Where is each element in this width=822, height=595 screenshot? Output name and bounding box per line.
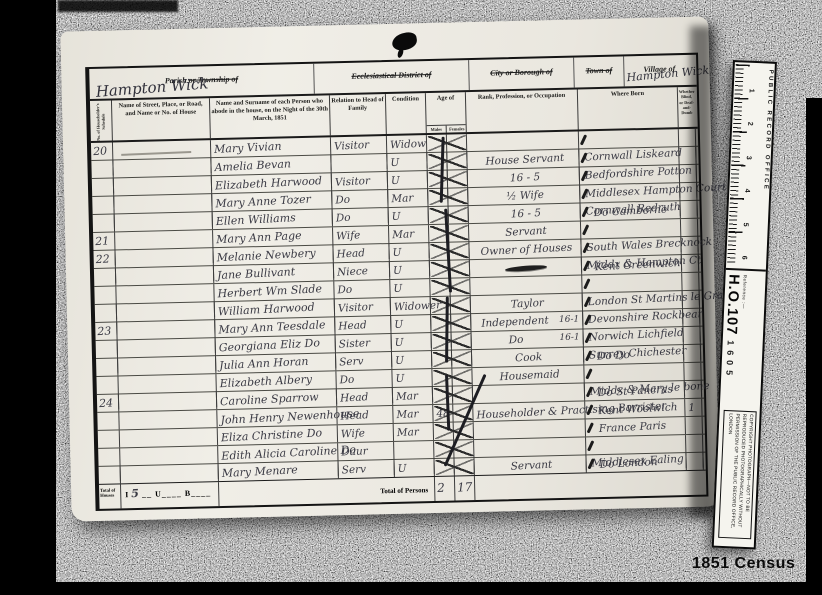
pen-tick-icon (583, 260, 590, 271)
age-cross-mark (429, 189, 467, 205)
occupation-cell (474, 419, 586, 439)
total-houses-values: I5__ U____ B____ (121, 482, 220, 508)
schedule-cell (97, 412, 119, 430)
pen-tick-icon (582, 206, 589, 217)
schedule-cell (98, 430, 120, 448)
name-cell: John Henry Newenhouse (217, 407, 337, 427)
age-cross-mark (433, 333, 471, 349)
copyright-notice: COPYRIGHT PHOTOGRAPH—NOT TO BE REPRODUCE… (718, 410, 757, 539)
parish-value-handwritten: Hampton Wick (95, 74, 209, 101)
condition-cell: Mar (393, 387, 433, 405)
address-cell (119, 410, 217, 429)
town-label: Town of (585, 66, 612, 76)
blind-cell (686, 417, 703, 434)
ruler-number: 2 (746, 122, 753, 126)
faint-address-scrawl (121, 151, 191, 155)
relation-cell: Serv (339, 460, 395, 478)
village-section: Village of Hampton Wick (624, 55, 695, 87)
census-table: Parish or Township of Hampton Wick Eccle… (85, 53, 708, 511)
header-blind: Whether Blind, or Deaf-and-Dumb (678, 87, 696, 127)
census-sheet: Parish or Township of Hampton Wick Eccle… (60, 16, 719, 521)
age-cross-mark (428, 135, 466, 151)
blind-cell (685, 381, 702, 398)
header-address: Name of Street, Place, or Road, and Name… (112, 98, 211, 140)
city-label: City or Borough of (490, 67, 553, 77)
header-condition: Condition (386, 93, 427, 134)
age-cross-mark (429, 171, 467, 187)
header-born: Where Born (578, 87, 679, 129)
name-cell: Ellen Williams (213, 209, 333, 229)
age-cross-mark (433, 369, 471, 385)
ruler-scale: PUBLIC RECORD OFFICE 123456 (726, 62, 775, 272)
age-cross-mark (430, 207, 468, 223)
total-females-cell: 17 (455, 476, 476, 500)
ruler-number: 5 (742, 222, 749, 226)
blind-cell: 1 (685, 399, 702, 416)
address-cell (118, 356, 216, 375)
relation-cell: Wife (338, 424, 394, 442)
header-schedule: No. of Householder's Schedule (90, 101, 113, 142)
occupation-cell: Cook (472, 347, 584, 367)
blind-cell (682, 255, 699, 272)
address-cell (120, 428, 218, 447)
blind-cell (686, 453, 703, 470)
pen-tick-icon (581, 170, 588, 181)
name-cell: Eliza Christine Do (218, 425, 338, 445)
header-age: Age of Males Females (426, 92, 467, 133)
entry-rows: 20Mary VivianVisitorWidowCornwall Liskea… (91, 129, 706, 484)
pen-tick-icon (580, 134, 587, 145)
relation-cell: Head (337, 388, 393, 406)
born-cell: Do St Pancras (585, 381, 685, 400)
pen-tick-icon (582, 242, 589, 253)
ruler-number: 6 (740, 256, 747, 260)
condition-cell: Mar (394, 423, 434, 441)
town-section: Town of (574, 56, 625, 87)
condition-cell: U (392, 351, 432, 369)
total-males-value: 2 (437, 477, 446, 499)
condition-cell: Mar (393, 405, 433, 423)
total-females-value: 17 (457, 476, 473, 499)
ruler-major-ticks (727, 64, 750, 264)
born-cell: France Paris (586, 417, 686, 436)
name-cell: Julia Ann Horan (216, 353, 336, 373)
ecclesiastical-label: Ecclesiastical District of (351, 70, 431, 81)
pen-tick-icon (587, 422, 594, 433)
name-cell: Mary Menare (219, 461, 339, 481)
pen-tick-icon (586, 386, 593, 397)
relation-cell: Niece (334, 262, 390, 280)
occupation-cell (473, 383, 585, 403)
schedule-cell (96, 358, 118, 376)
condition-cell: U (390, 261, 430, 279)
address-cell (119, 392, 217, 411)
occupation-cell: Householder & Practising Barrister (473, 401, 585, 421)
header-age-females: Females (447, 125, 467, 133)
pen-tick-icon (587, 440, 594, 451)
total-houses-label-cell: Total of Houses (99, 484, 122, 509)
pen-tick-icon (584, 296, 591, 307)
public-record-office-label: PUBLIC RECORD OFFICE (762, 70, 773, 192)
schedule-cell (99, 466, 121, 484)
schedule-cell (94, 268, 116, 286)
name-cell: Jane Bullivant (214, 263, 334, 283)
schedule-cell (93, 214, 115, 232)
pen-tick-icon (585, 350, 592, 361)
relation-cell: Do (333, 208, 389, 226)
village-value-handwritten: Hampton Wick (626, 64, 710, 85)
age-cross-mark (428, 153, 466, 169)
pen-tick-icon (583, 278, 590, 289)
ruler-number: 3 (745, 155, 752, 159)
age-cross-mark (432, 297, 470, 313)
born-cell: Kent Woolwich (585, 399, 685, 418)
address-cell (115, 212, 213, 231)
occupation-cell: Servant (474, 455, 586, 475)
pen-tick-icon (587, 458, 594, 469)
pen-tick-icon (584, 314, 591, 325)
age-cross-mark (434, 387, 472, 403)
header-occupation: Rank, Profession, or Occupation (466, 90, 579, 133)
header-name: Name and Surname of each Person who abod… (210, 95, 331, 138)
total-persons-label-cell: Total of Persons (219, 477, 436, 506)
pen-tick-icon (580, 152, 587, 163)
born-cell: Do Do (584, 345, 684, 364)
scribbled-out-entry (504, 264, 546, 272)
schedule-cell: 24 (97, 394, 119, 412)
age-cross-mark (436, 459, 474, 475)
age-cross-mark (430, 243, 468, 259)
header-relation: Relation to Head of Family (330, 94, 387, 135)
condition-cell: U (394, 459, 434, 477)
age-cross-mark (435, 423, 473, 439)
piece-number: 1605 (724, 340, 736, 380)
totals-empty-cell (475, 471, 705, 500)
pen-tick-icon (585, 332, 592, 343)
caption-1851-census: 1851 Census (692, 555, 795, 573)
occupation-cell: 16 - 5 (469, 203, 581, 223)
ruler-number: 1 (748, 89, 755, 93)
age-cross-mark (430, 225, 468, 241)
parish-section: Parish or Township of Hampton Wick (89, 64, 315, 99)
age-cross-mark (433, 351, 471, 367)
pen-tick-icon (585, 368, 592, 379)
city-section: City or Borough of (469, 58, 575, 90)
pen-tick-icon (582, 224, 589, 235)
reference-box: Reference :— H.O.107 1605 (720, 270, 749, 403)
address-cell (116, 266, 214, 285)
ecclesiastical-section: Ecclesiastical District of (314, 60, 470, 94)
address-cell (121, 464, 219, 483)
total-males-cell: 2 (435, 477, 456, 501)
pen-tick-icon (581, 188, 588, 199)
header-age-males: Males (427, 125, 447, 133)
born-cell: Do Camborne (581, 201, 681, 220)
houses-inhabited-value: 5 (131, 487, 140, 500)
condition-cell: U (389, 207, 429, 225)
occupation-cell (470, 257, 582, 277)
born-cell: Kent Greenwich (582, 255, 682, 274)
black-margin-right (806, 98, 822, 582)
born-cell: Do London (586, 453, 686, 472)
blind-cell (684, 345, 701, 362)
relation-cell: Head (337, 406, 393, 424)
pen-tick-icon (586, 404, 593, 415)
blind-cell (680, 201, 697, 218)
ruler-number: 4 (743, 189, 750, 193)
age-cross-mark (432, 315, 470, 331)
relation-cell: Serv (336, 352, 392, 370)
name-cell: Caroline Sparrow (217, 389, 337, 409)
